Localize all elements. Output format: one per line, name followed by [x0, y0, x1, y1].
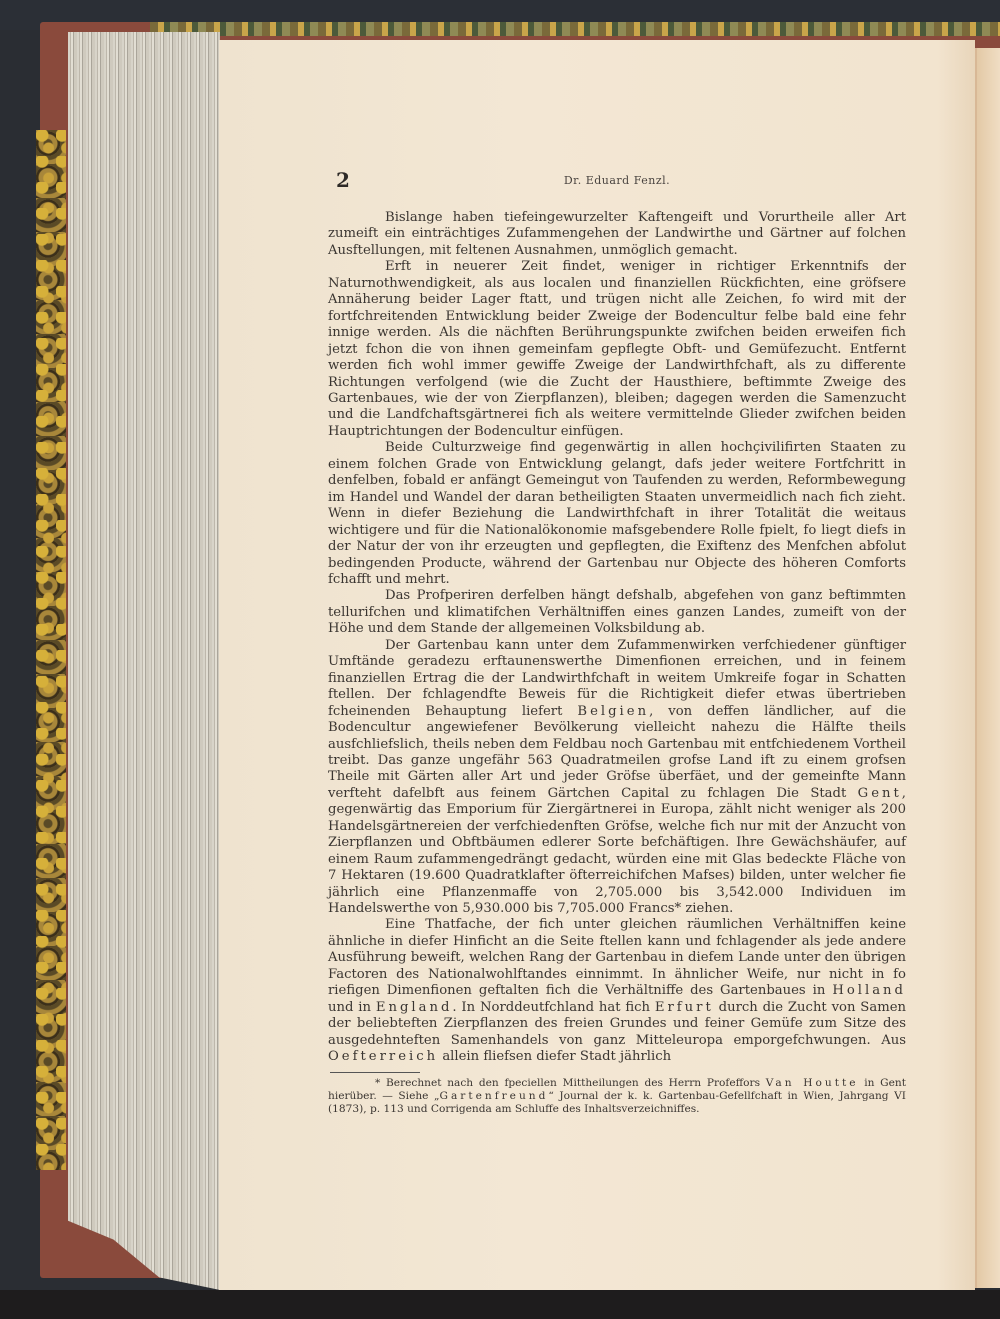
journal-name: Gartenfreund	[440, 1090, 549, 1102]
facing-page-edge	[975, 48, 1000, 1288]
text-run: . In Norddeutfchland hat fich	[452, 1000, 654, 1015]
paragraph: Erft in neuerer Zeit findet, weniger in …	[328, 259, 906, 440]
place-name-gent: Gent	[858, 786, 902, 801]
place-name-erfurt: Erfurt	[655, 1000, 714, 1015]
marbled-edge-left	[36, 130, 66, 1170]
paragraph: Das Profperiren derfelben hängt defshalb…	[328, 588, 906, 637]
page-edges-stack	[68, 32, 220, 1290]
text-run: * Berechnet nach den fpeciellen Mittheil…	[375, 1077, 766, 1089]
body-text: Bislange haben tiefeingewurzelter Kaften…	[328, 210, 906, 1066]
paragraph: Beide Culturzweige find gegenwärtig in a…	[328, 440, 906, 588]
text-run: allein fliefsen diefer Stadt jährlich	[438, 1049, 671, 1064]
footnote-text: * Berechnet nach den fpeciellen Mittheil…	[328, 1077, 906, 1116]
person-name-van-houtte: Van Houtte	[766, 1077, 859, 1089]
footnote: * Berechnet nach den fpeciellen Mittheil…	[328, 1077, 906, 1116]
page-header: 2 Dr. Eduard Fenzl.	[328, 168, 906, 204]
running-head: Dr. Eduard Fenzl.	[328, 174, 906, 187]
text-run: Eine Thatfache, der fich unter gleichen …	[328, 917, 906, 998]
place-name-england: England	[376, 1000, 453, 1015]
paragraph: Eine Thatfache, der fich unter gleichen …	[328, 917, 906, 1065]
marbled-edge-top	[150, 22, 1000, 36]
place-name-oesterreich: Oefterreich	[328, 1049, 438, 1064]
place-name-holland: Holland	[832, 983, 906, 998]
footnote-divider	[330, 1072, 420, 1073]
text-run: , gegenwärtig das Emporium für Ziergärtn…	[328, 786, 906, 916]
paragraph: Der Gartenbau kann unter dem Zufammenwir…	[328, 638, 906, 918]
page-content: 2 Dr. Eduard Fenzl. Bislange haben tiefe…	[328, 168, 906, 1116]
background-bottom	[0, 1290, 1000, 1319]
paragraph: Bislange haben tiefeingewurzelter Kaften…	[328, 210, 906, 259]
place-name-belgien: Belgien	[577, 704, 649, 719]
text-run: und in	[328, 1000, 376, 1015]
